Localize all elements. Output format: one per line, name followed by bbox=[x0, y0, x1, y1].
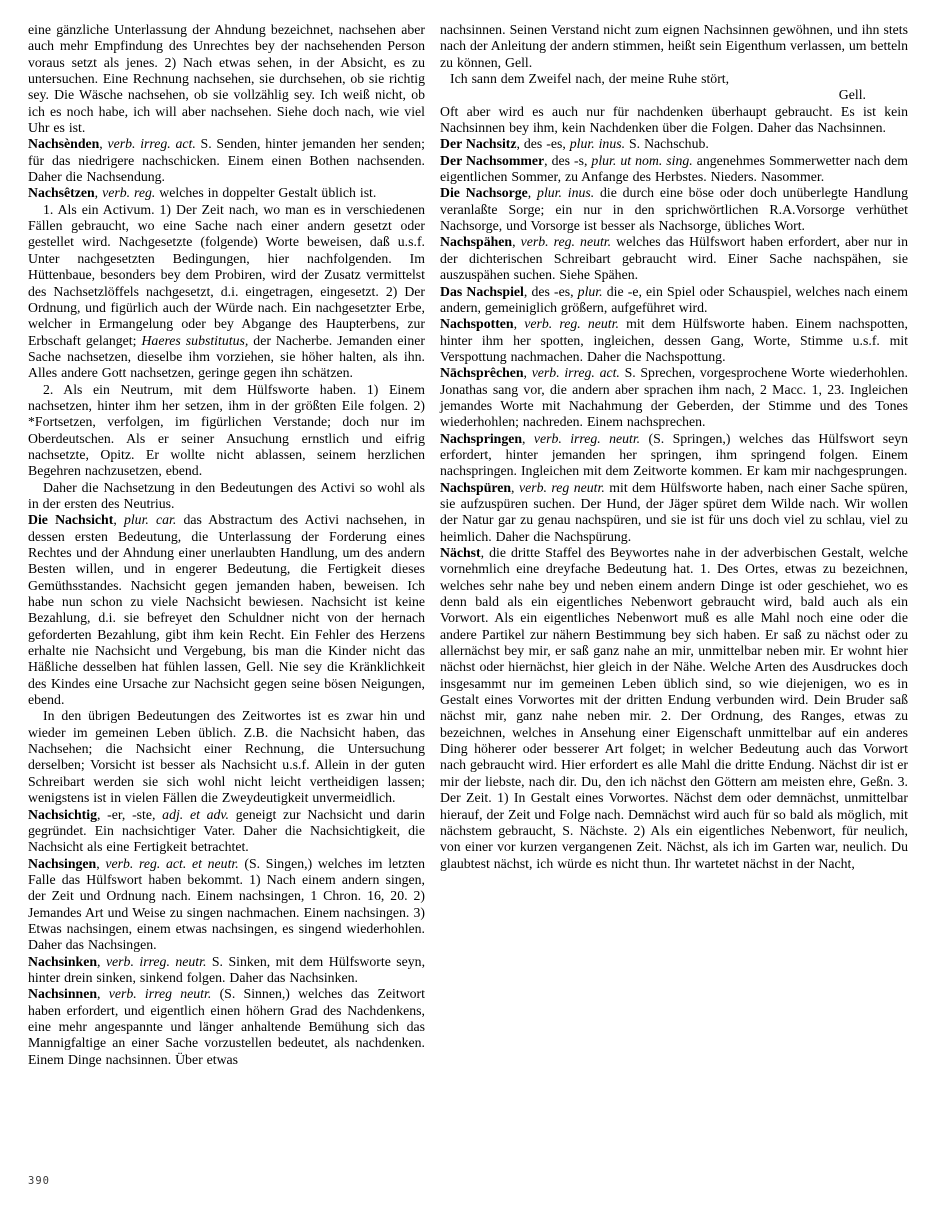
headword: Nachsêtzen bbox=[28, 185, 95, 200]
body-text: Oft aber wird es auch nur für nachdenken… bbox=[440, 104, 908, 135]
body-text: 2. Als ein Neutrum, mit dem Hülfsworte h… bbox=[28, 382, 425, 479]
body-text: , bbox=[97, 954, 106, 969]
body-text: , bbox=[528, 185, 537, 200]
body-text: , bbox=[95, 185, 102, 200]
verse-quote: Ich sann dem Zweifel nach, der meine Ruh… bbox=[440, 71, 908, 87]
body-text: , bbox=[512, 234, 521, 249]
entry-nachsetzen: Nachsêtzen, verb. reg. welches in doppel… bbox=[28, 185, 425, 201]
entry-nachsingen: Nachsingen, verb. reg. act. et neutr. (S… bbox=[28, 856, 425, 954]
entry-nachsitz: Der Nachsitz, des -es, plur. inus. S. Na… bbox=[440, 136, 908, 152]
grammar-label: verb. reg. bbox=[102, 185, 155, 200]
body-text: nachsinnen. Seinen Verstand nicht zum ei… bbox=[440, 22, 908, 70]
body-text: , des -s, bbox=[544, 153, 591, 168]
grammar-label: verb. reg. neutr. bbox=[521, 234, 612, 249]
continuation-nachsinnen: nachsinnen. Seinen Verstand nicht zum ei… bbox=[440, 22, 908, 71]
headword: Nachsingen bbox=[28, 856, 96, 871]
entry-nachsorge: Die Nachsorge, plur. inus. die durch ein… bbox=[440, 185, 908, 234]
paragraph-activum: 1. Als ein Activum. 1) Der Zeit nach, wo… bbox=[28, 202, 425, 382]
page-number: 390 bbox=[28, 1175, 50, 1187]
grammar-label: verb. irreg. act. bbox=[108, 136, 196, 151]
paragraph-uebrige-bedeutungen: In den übrigen Bedeutungen des Zeitworte… bbox=[28, 708, 425, 806]
grammar-label: verb. irreg. neutr. bbox=[534, 431, 640, 446]
headword: Der Nachsommer bbox=[440, 153, 544, 168]
paragraph-nachsetzung: Daher die Nachsetzung in den Bedeutungen… bbox=[28, 480, 425, 513]
headword: Der Nachsitz bbox=[440, 136, 517, 151]
headword: Nachsichtig bbox=[28, 807, 97, 822]
body-text: Daher die Nachsetzung in den Bedeutungen… bbox=[28, 480, 425, 511]
entry-naechst: Nächst, die dritte Staffel des Beywortes… bbox=[440, 545, 908, 872]
grammar-label: plur. car. bbox=[124, 512, 176, 527]
entry-nachspringen: Nachspringen, verb. irreg. neutr. (S. Sp… bbox=[440, 431, 908, 480]
left-column: eine gänzliche Unterlassung der Ahndung … bbox=[28, 22, 425, 1068]
body-text: das Abstractum des Activi nachsehen, in … bbox=[28, 512, 425, 707]
headword: Nachsinken bbox=[28, 954, 97, 969]
body-text: , bbox=[96, 856, 105, 871]
body-text: , des -es, bbox=[524, 284, 578, 299]
grammar-label: verb. irreg. neutr. bbox=[106, 954, 206, 969]
body-text: , bbox=[97, 986, 109, 1001]
body-text: , die dritte Staffel des Beywortes nahe … bbox=[440, 545, 908, 871]
entry-nachspueren: Nachspüren, verb. reg neutr. mit dem Hül… bbox=[440, 480, 908, 545]
grammar-label: verb. reg. neutr. bbox=[524, 316, 619, 331]
body-text: S. Nachschub. bbox=[625, 136, 709, 151]
entry-nachsinken: Nachsinken, verb. irreg. neutr. S. Sinke… bbox=[28, 954, 425, 987]
grammar-label: verb. reg neutr. bbox=[519, 480, 605, 495]
body-text: , bbox=[511, 480, 519, 495]
grammar-label: Haeres substitutus, bbox=[141, 333, 248, 348]
grammar-label: plur. inus. bbox=[570, 136, 625, 151]
body-text: , bbox=[99, 136, 107, 151]
entry-nachspiel: Das Nachspiel, des -es, plur. die -e, ei… bbox=[440, 284, 908, 317]
body-text: , bbox=[113, 512, 124, 527]
paragraph-neutrum: 2. Als ein Neutrum, mit dem Hülfsworte h… bbox=[28, 382, 425, 480]
continuation-nachsehen: eine gänzliche Unterlassung der Ahndung … bbox=[28, 22, 425, 136]
grammar-label: verb. reg. act. et neutr. bbox=[105, 856, 238, 871]
entry-nachsinnen: Nachsinnen, verb. irreg neutr. (S. Sinne… bbox=[28, 986, 425, 1068]
entry-nachsommer: Der Nachsommer, des -s, plur. ut nom. si… bbox=[440, 153, 908, 186]
right-column: nachsinnen. Seinen Verstand nicht zum ei… bbox=[440, 22, 908, 1068]
dictionary-page: eine gänzliche Unterlassung der Ahndung … bbox=[0, 0, 935, 1210]
entry-nachsichtig: Nachsichtig, -er, -ste, adj. et adv. gen… bbox=[28, 807, 425, 856]
body-text: , -er, -ste, bbox=[97, 807, 162, 822]
grammar-label: adj. et adv. bbox=[162, 807, 229, 822]
headword: Das Nachspiel bbox=[440, 284, 524, 299]
two-column-text-area: eine gänzliche Unterlassung der Ahndung … bbox=[28, 22, 908, 1068]
body-text: , bbox=[524, 365, 532, 380]
entry-nachsenden: Nachsènden, verb. irreg. act. S. Senden,… bbox=[28, 136, 425, 185]
quote-attribution: Gell. bbox=[440, 87, 908, 103]
headword: Nāchsprêchen bbox=[440, 365, 524, 380]
headword: Nachspringen bbox=[440, 431, 522, 446]
headword: Nachsinnen bbox=[28, 986, 97, 1001]
grammar-label: plur. ut nom. sing. bbox=[591, 153, 692, 168]
headword: Nachspähen bbox=[440, 234, 512, 249]
entry-nachspaehen: Nachspähen, verb. reg. neutr. welches da… bbox=[440, 234, 908, 283]
headword: Nachspotten bbox=[440, 316, 514, 331]
headword: Nächst bbox=[440, 545, 481, 560]
body-text: , des -es, bbox=[517, 136, 570, 151]
entry-nachsicht: Die Nachsicht, plur. car. das Abstractum… bbox=[28, 512, 425, 708]
headword: Nachspüren bbox=[440, 480, 511, 495]
entry-nachsprechen: Nāchsprêchen, verb. irreg. act. S. Sprec… bbox=[440, 365, 908, 430]
body-text: , bbox=[522, 431, 534, 446]
body-text: welches in doppelter Gestalt üblich ist. bbox=[155, 185, 376, 200]
grammar-label: verb. irreg neutr. bbox=[109, 986, 212, 1001]
grammar-label: plur. bbox=[578, 284, 603, 299]
headword: Die Nachsorge bbox=[440, 185, 528, 200]
entry-nachspotten: Nachspotten, verb. reg. neutr. mit dem H… bbox=[440, 316, 908, 365]
body-text: Ich sann dem Zweifel nach, der meine Ruh… bbox=[450, 71, 729, 86]
grammar-label: verb. irreg. act. bbox=[532, 365, 620, 380]
body-text: , bbox=[514, 316, 525, 331]
body-text: eine gänzliche Unterlassung der Ahndung … bbox=[28, 22, 425, 135]
headword: Nachsènden bbox=[28, 136, 99, 151]
body-text: In den übrigen Bedeutungen des Zeitworte… bbox=[28, 708, 425, 805]
body-text: Gell. bbox=[839, 87, 866, 102]
headword: Die Nachsicht bbox=[28, 512, 113, 527]
body-text: 1. Als ein Activum. 1) Der Zeit nach, wo… bbox=[28, 202, 425, 348]
paragraph-oft-aber: Oft aber wird es auch nur für nachdenken… bbox=[440, 104, 908, 137]
grammar-label: plur. inus. bbox=[537, 185, 594, 200]
